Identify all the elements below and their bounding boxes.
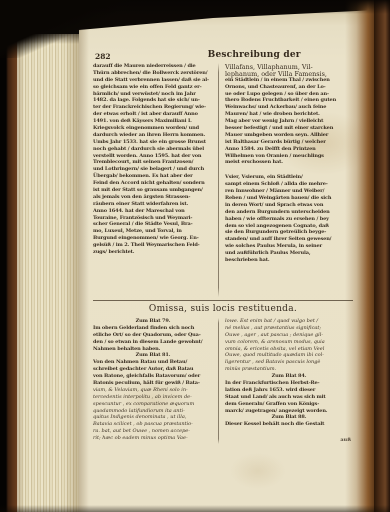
text-line: dardurch wieder an ihren Herrn kommen.	[93, 132, 213, 139]
text-line: Mauer umbgeben worden seyn. Allhier	[225, 132, 353, 139]
section-rule	[93, 300, 353, 301]
text-line: Nahmen behalten haben.	[93, 346, 213, 353]
text-line: Übergab/ bekommen. Es hat aber der	[93, 173, 213, 180]
text-line: ue oder Lupo gelegen / so über den an-	[225, 91, 353, 98]
text-line: omnia, & ericetis obsita, vel etiam Veel	[225, 346, 353, 353]
text-line: Anno 1584. zu Delfft den Printzen	[225, 146, 353, 153]
text-line: Ouwe , ager , aut pascua ; denique gil-	[225, 332, 353, 339]
text-line: Zum Blat 79.	[93, 318, 213, 325]
text-line: quitus Indigenis denominata , ut illa,	[93, 414, 213, 421]
book-cover-left	[0, 0, 17, 512]
text-line: dem Generaln/ Graffen von Königs-	[225, 401, 353, 408]
bottom-text-columns: Zum Blat 79.Im obern Gelderland finden s…	[93, 318, 353, 444]
text-line: Reben / und Weingärten bauen/ die sich	[225, 195, 353, 202]
text-line: ein Städtlein / in einem Thal / zwischen	[225, 77, 353, 84]
text-line: Batavia scilicet , ob pascua præstantio-	[93, 421, 213, 428]
text-line: meist erschossen hat.	[225, 159, 353, 166]
text-line: räubern einer Statt widerfahren ist.	[93, 201, 213, 208]
text-line: sie den Burgundern getreülich beyge-	[225, 229, 353, 236]
text-line: Wilhelmen von Oranien / meuchlings	[225, 153, 353, 160]
text-line: lephanum, oder Villa Famensis,	[225, 70, 353, 77]
top-text-columns: darauff die Mauren niederreissen / dieTh…	[93, 63, 353, 297]
text-line: spescuntur , ex comparatione æquorum	[93, 401, 213, 408]
bottom-shadow	[0, 505, 390, 512]
page-text-block: 282 Beschreibung der darauff die Mauren …	[93, 50, 353, 444]
text-line: von Batone, gleichfalls Batavorum/ oder	[93, 373, 213, 380]
text-line: in deren Wort/ und Sprach etwas von	[225, 202, 353, 209]
text-line: Vsier, Vsierum, ein Städtlein/	[225, 174, 353, 181]
text-line: ter der Franckreichischen Regierung/ wie…	[93, 104, 213, 111]
text-line: 1482. da lage. Folgends hat sie sich/ un…	[93, 97, 213, 104]
text-line: Staat und Land/ als auch was sich mit	[225, 394, 353, 401]
text-line: Zum Blat 81.	[93, 352, 213, 359]
text-line: Im obern Gelderland finden sich noch	[93, 325, 213, 332]
text-line: lation deß Jahrs 1653. wird dieser	[225, 387, 353, 394]
text-line: né melius , aut præstantius significat;	[225, 325, 353, 332]
text-line: noch gehabt / dardurch sie abermals übel	[93, 146, 213, 153]
text-line: Kriegsvolck eingenommen worden/ und	[93, 125, 213, 132]
text-line: und die Statt verbrennen lassen/ daß sie…	[93, 77, 213, 84]
text-line: Mag aber vor wenig Jahrn / vielleicht	[225, 118, 353, 125]
text-line: ist Balthasar Gerards bürtig / welcher	[225, 139, 353, 146]
text-line: Thürn abbrechen/ die Bollwerck zerstören…	[93, 70, 213, 77]
text-line: scher General / die Städte Vesul, Bra-	[93, 221, 213, 228]
running-header: Beschreibung der	[208, 50, 301, 61]
text-line: Feind den Accord nicht gehalten/ sondern	[93, 180, 213, 187]
text-line: minùs præstantium.	[225, 366, 353, 373]
text-line: haben / wie offtermals zu ersehen / bey	[225, 216, 353, 223]
text-line: rit; hæc ob eadem minus optima Vae-	[93, 435, 213, 442]
bottom-left-column: Zum Blat 79.Im obern Gelderland finden s…	[93, 318, 213, 444]
text-line: Weinwachs/ und Ackerbau/ auch feine	[225, 104, 353, 111]
text-line: Batonis peculium, hält für gewiß / Bata-	[93, 380, 213, 387]
text-line: quodammodo latifundiorum ita anti-	[93, 408, 213, 415]
book-photo: 282 Beschreibung der darauff die Mauren …	[0, 0, 390, 512]
text-line: schreibet gedachter Autor, daß Batau	[93, 366, 213, 373]
text-line: Von den Nahmen Batau und Betau/	[93, 359, 213, 366]
page-header: 282 Beschreibung der	[93, 50, 353, 63]
text-line: Villafans, Villaphanum, Vil-	[225, 63, 353, 70]
text-line: 1491. von deß Käysers Maximiliani I.	[93, 118, 213, 125]
text-line: In der Franckfurtischen Herbst-Re-	[225, 380, 353, 387]
bottom-right-column: lowe. Est enim bat / quod vulgo bet /né …	[219, 318, 353, 444]
text-line: Tremblecourt, mit seinen Frantzosen/	[93, 159, 213, 166]
text-line: darauff die Mauren niederreissen / die	[93, 63, 213, 70]
omissa-heading: Omissa, suis locis restituenda.	[93, 303, 353, 315]
page-number: 282	[95, 52, 111, 61]
text-line: beschrieben hat.	[225, 257, 353, 264]
text-line: den / so etwan in diesem Lande gewohnt/	[93, 339, 213, 346]
text-line: Zum Blat 84.	[225, 373, 353, 380]
text-line: den andern Burgundern unterscheiden	[225, 209, 353, 216]
text-line: etliche Ort/ so der Quadorum, oder Qua-	[93, 332, 213, 339]
text-line: viam, & Velaviam, quæ Rheni solo in-	[93, 387, 213, 394]
text-line: vum colorem, & arenosum modus, quia	[225, 339, 353, 346]
text-line: lowe. Est enim bat / quod vulgo bet /	[225, 318, 353, 325]
text-line: Dieser Kessel behält noch die Gestalt	[225, 421, 353, 428]
top-right-column: Villafans, Villaphanum, Vil-lephanum, od…	[219, 63, 353, 297]
text-line: Mauren/ hat / wie droben berichtet.	[225, 111, 353, 118]
text-line: besser befestigt / und mit einer starcke…	[225, 125, 353, 132]
text-line: und außführlich Paulus Merula,	[225, 250, 353, 257]
text-line: Anno 1644. hat der Mareschal von	[93, 208, 213, 215]
page-edge-stack	[17, 34, 79, 512]
text-line: marck/ zugetragen/ angezeigt worden.	[225, 408, 353, 415]
catchword: auß	[225, 437, 353, 444]
book-cover-right	[374, 0, 390, 512]
text-line: so gleichsam wie ein offen Feld gantz er…	[93, 84, 213, 91]
text-line: ren Innwohner / Männer und Weiber/	[225, 188, 353, 195]
bottom-right-lines: lowe. Est enim bat / quod vulgo bet /né …	[225, 318, 353, 428]
text-line: thero Bodens Fruchtbarkeit / einen guten	[225, 97, 353, 104]
text-line: zugs/ berichtet.	[93, 249, 213, 256]
text-line: Ornons, und Chasteaurenf, an der Lo-	[225, 84, 353, 91]
text-line: verstellt worden. Anno 1595. hat der von	[93, 153, 213, 160]
text-line: tercedentis interpolitu , ab invicem de-	[93, 394, 213, 401]
text-line: Umbs Jahr 1533. hat sie ein grosse Bruns…	[93, 139, 213, 146]
text-line: standen/ und auff ihrer Seiten gewesen/	[225, 236, 353, 243]
text-line: gelsüß / im 2. Theil Weymarischen Feld-	[93, 242, 213, 249]
text-line: mo, Luxeul, Metze, und Torval, in	[93, 228, 213, 235]
text-line: als jemals von den ärgsten Strassen-	[93, 194, 213, 201]
text-line: bärmlich/ und verwüstet/ noch im Jahr	[93, 91, 213, 98]
text-line: ra. bat, aut bet Ouwe , nomen accepe-	[93, 428, 213, 435]
text-line: ist mit der Statt so grausam umbgangen/	[93, 187, 213, 194]
top-left-column: darauff die Mauren niederreissen / dieTh…	[93, 63, 213, 297]
